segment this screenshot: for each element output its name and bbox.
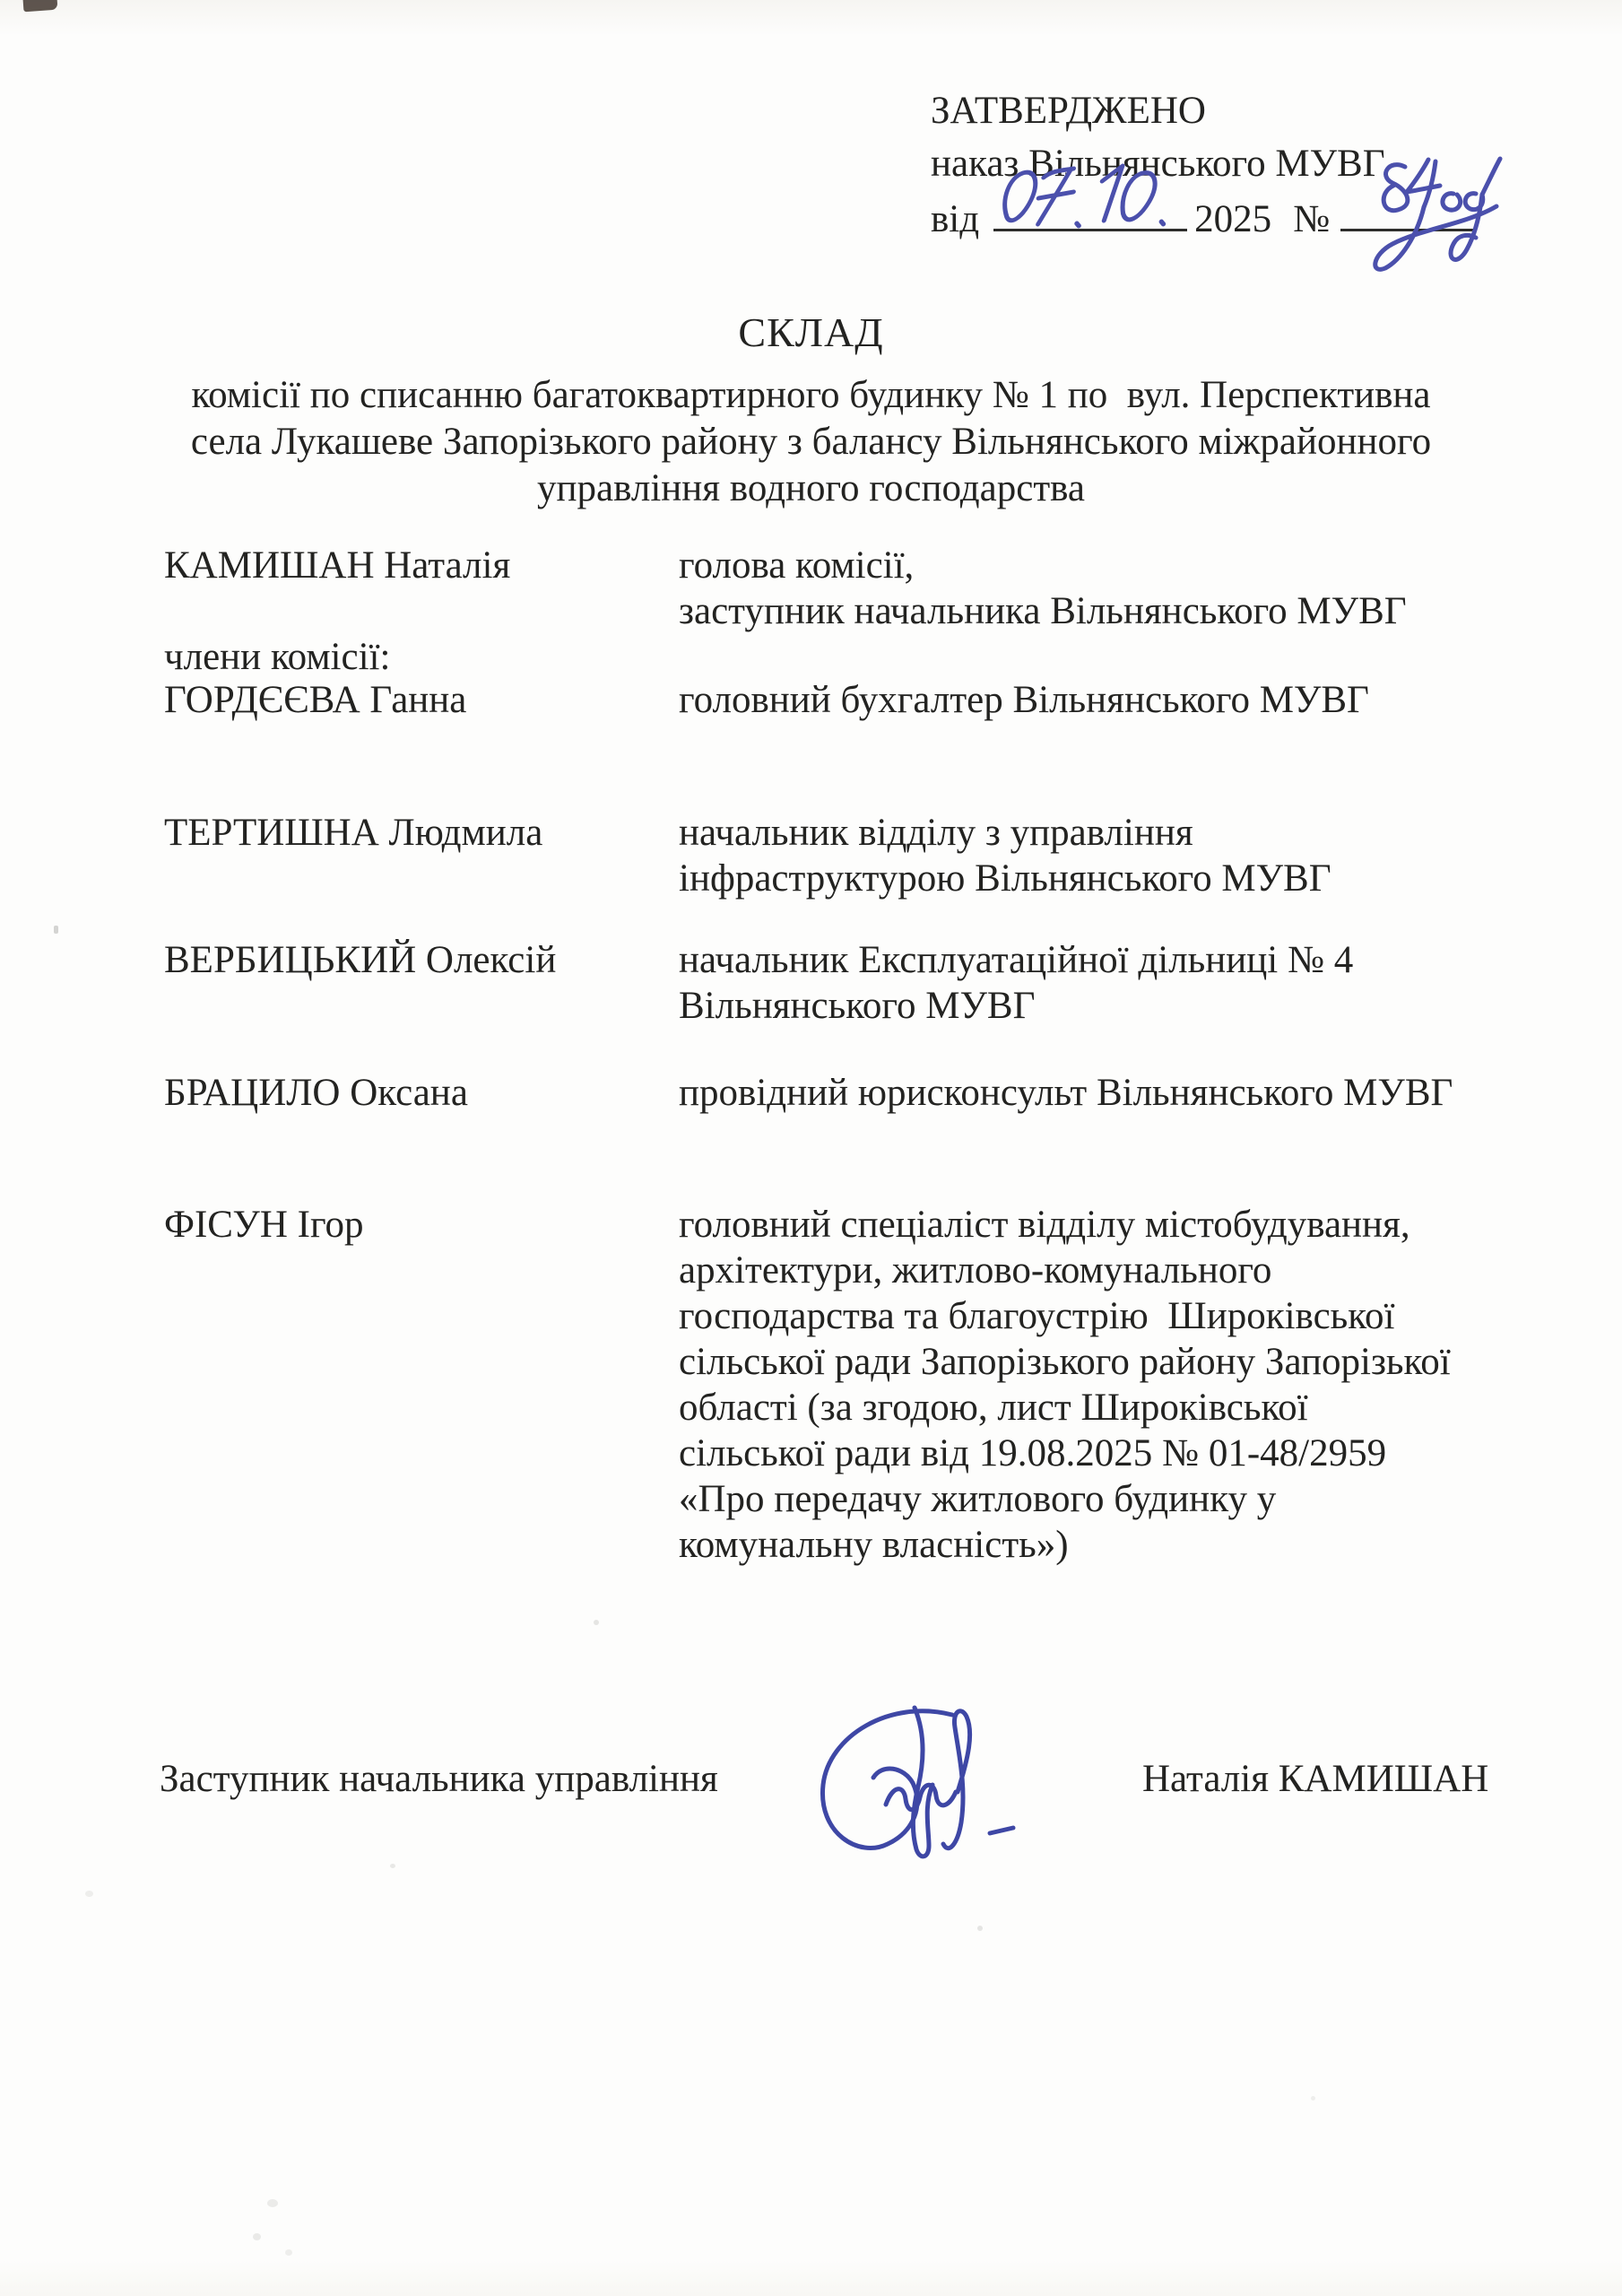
document-page: ЗАТВЕРДЖЕНО наказ Вільнянського МУВГ від [0,0,1622,2296]
member-role-line: начальник відділу з управління [679,810,1331,856]
member-role-line: начальник Експлуатаційної дільниці № 4 [679,937,1353,983]
signoff-name: Наталія КАМИШАН [1142,1756,1488,1802]
scan-speck [390,1864,395,1868]
year-label: 2025 [1194,193,1271,246]
date-prefix-label: від [931,193,979,246]
member-role-line: головний спеціаліст відділу містобудуван… [679,1202,1451,1248]
members-heading: члени комісії: [164,634,390,680]
handwritten-number [1357,151,1514,294]
member-name: КАМИШАН Наталія [164,543,510,588]
document-subtitle: комісії по списанню багатоквартирного бу… [81,372,1541,512]
handwritten-signature [782,1697,1051,1876]
scan-speck [594,1620,599,1625]
member-role-line: сільської ради від 19.08.2025 № 01-48/29… [679,1431,1451,1476]
member-role-line: архітектури, житлово-комунального [679,1248,1451,1293]
member-name: ВЕРБИЦЬКИЙ Олексій [164,937,556,983]
subtitle-line: комісії по списанню багатоквартирного бу… [81,372,1541,419]
number-sign: № [1293,193,1330,246]
date-blank-underline [993,190,1187,231]
member-name: БРАЦИЛО Оксана [164,1070,468,1116]
scan-speck [85,1891,93,1897]
approval-block: ЗАТВЕРДЖЕНО наказ Вільнянського МУВГ від [931,84,1477,246]
scan-speck [285,2249,292,2256]
member-role-line: області (за згодою, лист Широківської [679,1385,1451,1431]
document-title: СКЛАД [0,309,1622,356]
handwritten-date [986,154,1194,248]
number-blank-underline [1340,190,1477,231]
member-name: ФІСУН Ігор [164,1202,364,1248]
member-role-line: головний бухгалтер Вільнянського МУВГ [679,677,1369,723]
member-name: ГОРДЄЄВА Ганна [164,677,466,723]
subtitle-line: управління водного господарства [81,465,1541,512]
member-role-line: Вільнянського МУВГ [679,983,1353,1029]
scan-speck [977,1926,983,1931]
scan-speck [253,2233,261,2240]
scan-corner-artifact [23,0,58,12]
member-role-line: провідний юрисконсульт Вільнянського МУВ… [679,1070,1453,1116]
member-role-line: «Про передачу житлового будинку у [679,1476,1451,1522]
member-role-line: господарства та благоустрію Широківської [679,1293,1451,1339]
member-role-line: інфраструктурою Вільнянського МУВГ [679,856,1331,901]
member-role-line: сільської ради Запорізького району Запор… [679,1339,1451,1385]
member-name: ТЕРТИШНА Людмила [164,810,542,856]
member-role-line: голова комісії, [679,543,1407,588]
member-role-line: комунальну власність») [679,1522,1451,1568]
subtitle-line: села Лукашеве Запорізького району з бала… [81,419,1541,465]
scan-speck [267,2199,278,2207]
scan-speck [1311,2096,1315,2100]
approval-date-line: від 2025 № [931,190,1477,246]
member-role-line: заступник начальника Вільнянського МУВГ [679,588,1407,634]
scan-speck [54,926,58,934]
signoff-position: Заступник начальника управління [160,1756,718,1802]
approval-approved-label: ЗАТВЕРДЖЕНО [931,84,1477,137]
